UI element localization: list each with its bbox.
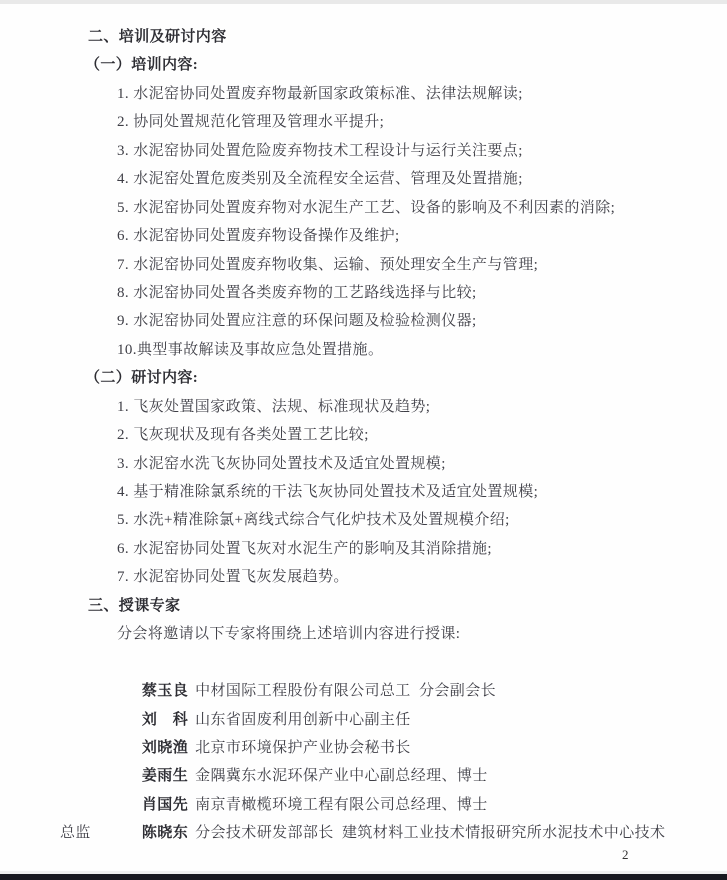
seminar-item: 6. 水泥窑协同处置飞灰对水泥生产的影响及其消除措施; bbox=[60, 535, 691, 563]
training-item: 5. 水泥窑协同处置废弃物对水泥生产工艺、设备的影响及不利因素的消除; bbox=[60, 194, 691, 222]
training-item: 8. 水泥窑协同处置各类废弃物的工艺路线选择与比较; bbox=[60, 279, 691, 307]
page-bottom-edge bbox=[0, 874, 727, 880]
page-number: 2 bbox=[622, 848, 629, 862]
expert-name: 蔡玉良 bbox=[142, 683, 188, 699]
seminar-item: 4. 基于精准除氯系统的干法飞灰协同处置技术及适宜处置规模; bbox=[60, 478, 691, 506]
expert-title: 南京青橄榄环境工程有限公司总经理、博士 bbox=[195, 797, 488, 813]
expert-name: 姜雨生 bbox=[142, 768, 188, 784]
document-page: 二、培训及研讨内容 （一）培训内容: 1. 水泥窑协同处置废弃物最新国家政策标准… bbox=[0, 0, 727, 880]
page-top-edge bbox=[0, 0, 727, 4]
expert-row: 蔡玉良中材国际工程股份有限公司总工 分会副会长 bbox=[60, 649, 691, 677]
subsection-heading-seminar: （二）研讨内容: bbox=[60, 364, 691, 392]
expert-name: 刘 科 bbox=[142, 712, 188, 728]
training-item: 10.典型事故解读及事故应急处置措施。 bbox=[60, 336, 691, 364]
training-item: 7. 水泥窑协同处置废弃物收集、运输、预处理安全生产与管理; bbox=[60, 251, 691, 279]
expert-title: 分会技术研发部部长 建筑材料工业技术情报研究所水泥技术中心技术 bbox=[195, 825, 665, 841]
training-item: 2. 协同处置规范化管理及管理水平提升; bbox=[60, 108, 691, 136]
expert-name: 肖国先 bbox=[142, 797, 188, 813]
training-item: 6. 水泥窑协同处置废弃物设备操作及维护; bbox=[60, 222, 691, 250]
section-heading-training-and-seminar: 二、培训及研讨内容 bbox=[60, 23, 691, 51]
expert-title: 中材国际工程股份有限公司总工 分会副会长 bbox=[195, 683, 496, 699]
expert-name: 刘晓渔 bbox=[142, 740, 188, 756]
document-content: 二、培训及研讨内容 （一）培训内容: 1. 水泥窑协同处置废弃物最新国家政策标准… bbox=[60, 23, 691, 848]
experts-intro: 分会将邀请以下专家将围绕上述培训内容进行授课: bbox=[60, 620, 691, 648]
training-item: 3. 水泥窑协同处置危险废弃物技术工程设计与运行关注要点; bbox=[60, 137, 691, 165]
subsection-heading-training: （一）培训内容: bbox=[60, 51, 691, 79]
training-item: 4. 水泥窑处置危废类别及全流程安全运营、管理及处置措施; bbox=[60, 165, 691, 193]
training-item: 1. 水泥窑协同处置废弃物最新国家政策标准、法律法规解读; bbox=[60, 80, 691, 108]
seminar-item: 2. 飞灰现状及现有各类处置工艺比较; bbox=[60, 421, 691, 449]
seminar-item: 1. 飞灰处置国家政策、法规、标准现状及趋势; bbox=[60, 393, 691, 421]
seminar-item: 3. 水泥窑水洗飞灰协同处置技术及适宜处置规模; bbox=[60, 450, 691, 478]
training-item: 9. 水泥窑协同处置应注意的环保问题及检验检测仪器; bbox=[60, 307, 691, 335]
expert-title: 北京市环境保护产业协会秘书长 bbox=[195, 740, 411, 756]
seminar-item: 5. 水洗+精准除氯+离线式综合气化炉技术及处置规模介绍; bbox=[60, 506, 691, 534]
section-heading-experts: 三、授课专家 bbox=[60, 592, 691, 620]
expert-title: 金隅冀东水泥环保产业中心副总经理、博士 bbox=[195, 768, 488, 784]
expert-name: 陈晓东 bbox=[142, 825, 188, 841]
expert-title: 山东省固废利用创新中心副主任 bbox=[195, 712, 411, 728]
seminar-item: 7. 水泥窑协同处置飞灰发展趋势。 bbox=[60, 563, 691, 591]
